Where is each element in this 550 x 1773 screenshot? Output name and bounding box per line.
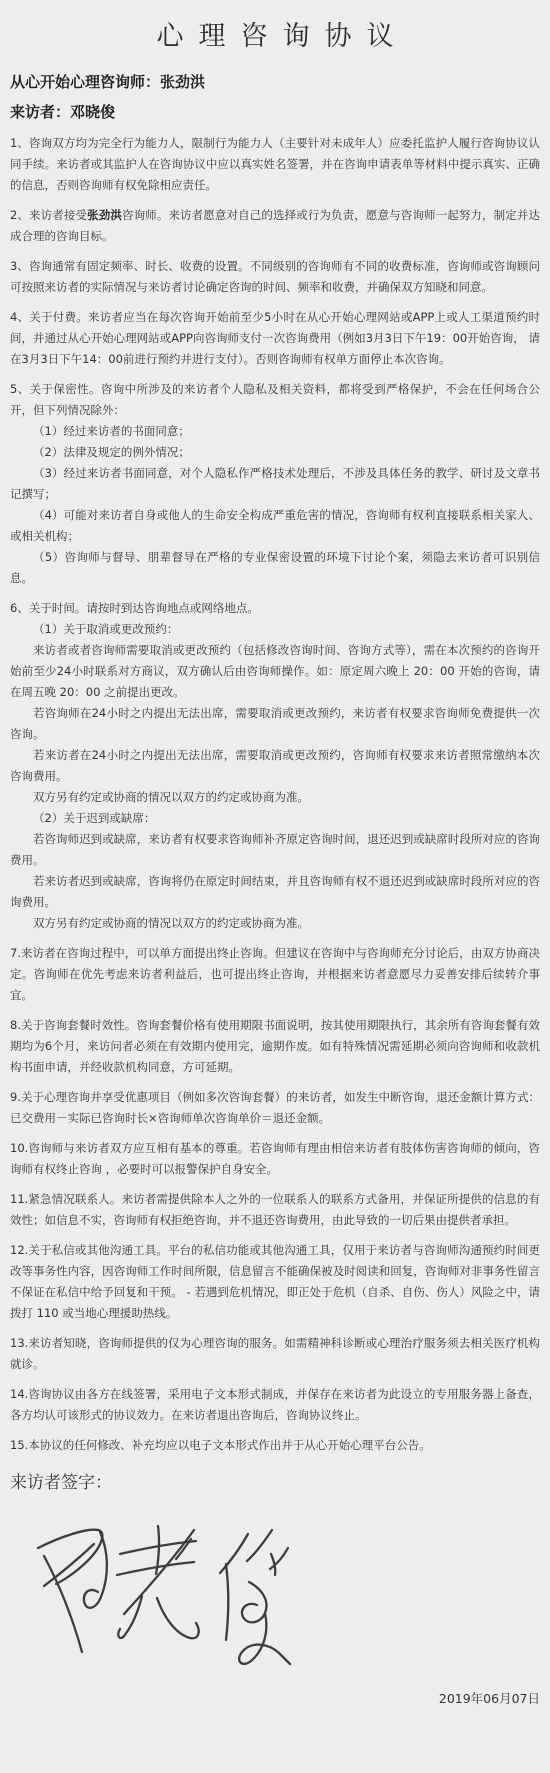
clause-6-sub-1-title: （1）关于取消或更改预约： (10, 619, 540, 640)
page-title: 心理咨询协议 (10, 14, 540, 53)
signature-stroke (118, 1596, 142, 1638)
clause-5-item-2: （2）法律及规定的例外情况； (10, 442, 540, 463)
signature-stroke (242, 1582, 267, 1622)
clause-11: 11.紧急情况联系人。来访者需提供除本人之外的一位联系人的联系方式备用，并保证所… (10, 1189, 540, 1231)
clause-6: 6、关于时间。请按时到达咨询地点或网络地点。 （1）关于取消或更改预约： 来访者… (10, 598, 540, 934)
clause-5: 5、关于保密性。咨询中所涉及的来访者个人隐私及相关资料，都将受到严格保护，不会在… (10, 379, 540, 589)
signature-label: 来访者签字： (10, 1472, 540, 1494)
clause-15: 15.本协议的任何修改、补充均应以电子文本形式作出并于从心开始心理平台公告。 (10, 1435, 540, 1456)
clause-6-sub-1-para-2: 若咨询师在24小时之内提出无法出席，需要取消或更改预约，来访者有权要求咨询师免费… (10, 703, 540, 745)
client-line: 来访者：邓晓俊 (10, 103, 540, 121)
clause-4: 4、关于付费。来访者应当在每次咨询开始前至少5小时在从心开始心理网站或APP上或… (10, 307, 540, 370)
signature-handwriting (18, 1504, 298, 1694)
clause-6-sub-2-title: （2）关于迟到或缺席： (10, 808, 540, 829)
clause-5-item-4: （4）可能对来访者自身或他人的生命安全构成严重危害的情况，咨询师有权利直接联系相… (10, 505, 540, 547)
signature-stroke (226, 1564, 228, 1640)
clause-6-sub-1-para-4: 双方另有约定或协商的情况以双方的约定或协商为准。 (10, 787, 540, 808)
clause-6-sub-2-para-3: 双方另有约定或协商的情况以双方的约定或协商为准。 (10, 913, 540, 934)
clause-5-intro: 5、关于保密性。咨询中所涉及的来访者个人隐私及相关资料，都将受到严格保护，不会在… (10, 379, 540, 421)
clause-7: 7.来访者在咨询过程中，可以单方面提出终止咨询。但建议在咨询中与咨询师充分讨论后… (10, 943, 540, 1006)
clause-3: 3、咨询通常有固定频率、时长、收费的设置。不同级别的咨询师有不同的收费标准，咨询… (10, 256, 540, 298)
agreement-document: 心理咨询协议 从心开始心理咨询师：张劲洪 来访者：邓晓俊 1、咨询双方均为完全行… (0, 0, 550, 1773)
clause-2: 2、来访者接受张劲洪咨询师。来访者愿意对自己的选择或行为负责，愿意与咨询师一起努… (10, 205, 540, 247)
signature-stroke (84, 1532, 107, 1608)
clause-9: 9.关于心理咨询并享受优惠项目（例如多次咨询套餐）的来访者，如发生中断咨询，退还… (10, 1087, 540, 1129)
clause-6-sub-1-para-1: 来访者或者咨询师需要取消或更改预约（包括修改咨询时间、咨询方式等），需在本次预约… (10, 640, 540, 703)
clause-8: 8.关于咨询套餐时效性。咨询套餐价格有使用期限书面说明，按其使用期限执行，其余所… (10, 1015, 540, 1078)
signature-stroke (247, 1530, 272, 1561)
counselor-name-bold: 张劲洪 (87, 208, 122, 222)
clause-5-item-5: （5）咨询师与督导、朋辈督导在严格的专业保密设置的环境下讨论个案，须隐去来访者可… (10, 547, 540, 589)
clause-10: 10.咨询师与来访者双方应互相有基本的尊重。若咨询师有理由相信来访者有肢体伤害咨… (10, 1138, 540, 1180)
clause-5-item-1: （1）经过来访者的书面同意； (10, 421, 540, 442)
signature-date: 2019年06月07日 (10, 1690, 540, 1708)
signature-stroke (220, 1534, 248, 1573)
clause-6-sub-1-para-3: 若来访者在24小时之内提出无法出席，需要取消或更改预约，咨询师有权要求来访者照常… (10, 745, 540, 787)
clause-6-intro: 6、关于时间。请按时到达咨询地点或网络地点。 (10, 598, 540, 619)
clause-14: 14.咨询协议由各方在线签署，采用电子文本形式制成，并保存在来访者为此设立的专用… (10, 1384, 540, 1426)
clause-12: 12.关于私信或其他沟通工具。平台的私信功能或其他沟通工具，仅用于来访者与咨询师… (10, 1240, 540, 1324)
counselor-line: 从心开始心理咨询师：张劲洪 (10, 73, 540, 91)
clause-13: 13.来访者知晓，咨询师提供的仅为心理咨询的服务。如需精神科诊断或心理治疗服务须… (10, 1333, 540, 1375)
signature-stroke (44, 1544, 94, 1586)
clause-2-prefix: 2、来访者接受 (10, 208, 87, 222)
clause-6-sub-2-para-1: 若咨询师迟到或缺席，来访者有权要求咨询师补齐原定咨询时间，退还迟到或缺席时段所对… (10, 829, 540, 871)
signature-stroke (157, 1598, 199, 1638)
clause-1: 1、咨询双方均为完全行为能力人，限制行为能力人（主要针对未成年人）应委托监护人履… (10, 133, 540, 196)
clause-6-sub-2-para-2: 若来访者迟到或缺席，咨询将仍在原定时间结束，并且咨询师有权不退还迟到或缺席时段所… (10, 871, 540, 913)
clause-5-item-3: （3）经过来访者书面同意，对个人隐私作严格技术处理后，不涉及具体任务的教学、研讨… (10, 463, 540, 505)
signature-stroke (38, 1530, 102, 1584)
